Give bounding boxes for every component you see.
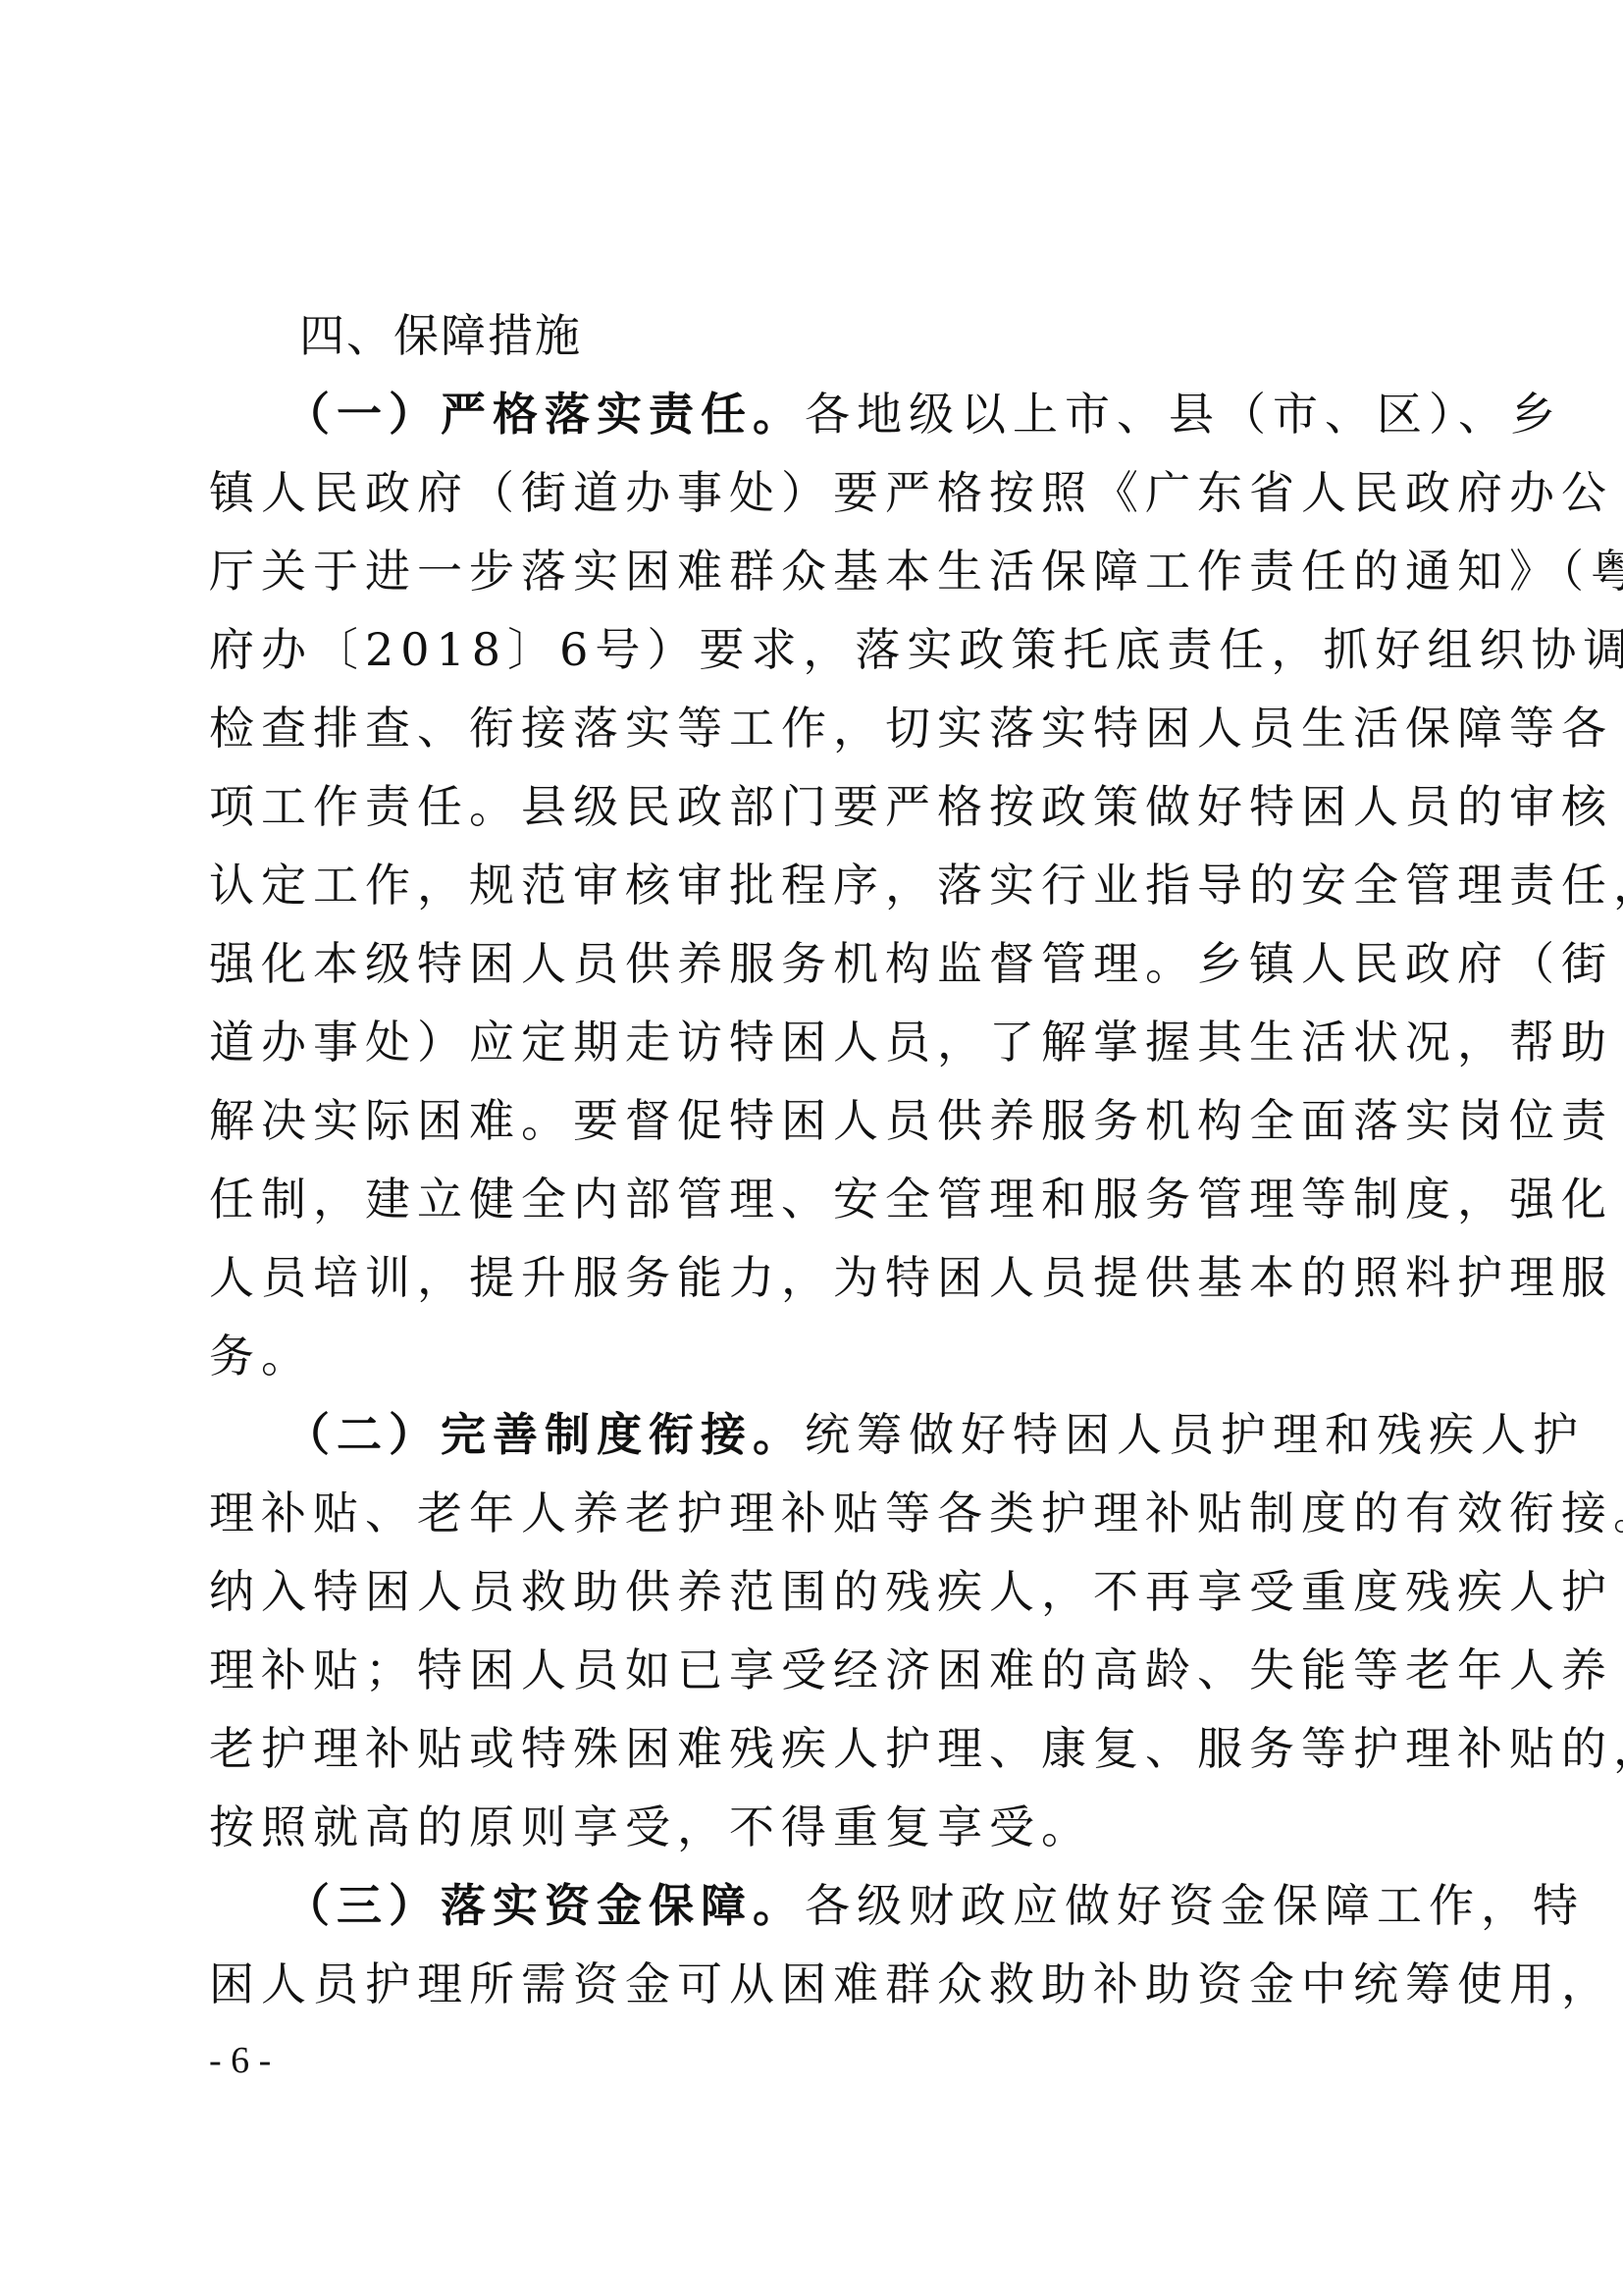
paragraph-1-line-9: 道办事处）应定期走访特困人员，了解掌握其生活状况，帮助 [209,1003,1416,1081]
section-heading: 四、保障措施 [209,296,1416,375]
paragraph-1-text: 各地级以上市、县（市、区）、乡 [805,388,1562,441]
paragraph-3-lead: （三）落实资金保障。 [285,1879,805,1932]
paragraph-2-lead: （二）完善制度衔接。 [285,1408,805,1461]
paragraph-1-line-12: 人员培训，提升服务能力，为特困人员提供基本的照料护理服 [209,1238,1416,1317]
paragraph-2-line-2: 理补贴、老年人养老护理补贴等各类护理补贴制度的有效衔接。 [209,1474,1416,1552]
document-body: 四、保障措施 （一）严格落实责任。各地级以上市、县（市、区）、乡 镇人民政府（街… [209,296,1416,2023]
paragraph-3-line-1: （三）落实资金保障。各级财政应做好资金保障工作，特 [209,1866,1416,1945]
paragraph-1-line-1: （一）严格落实责任。各地级以上市、县（市、区）、乡 [209,375,1416,453]
paragraph-1-line-6: 项工作责任。县级民政部门要严格按政策做好特困人员的审核 [209,767,1416,846]
paragraph-1-line-8: 强化本级特困人员供养服务机构监督管理。乡镇人民政府（街 [209,924,1416,1003]
paragraph-1-line-2: 镇人民政府（街道办事处）要严格按照《广东省人民政府办公 [209,453,1416,532]
paragraph-3-line-2: 困人员护理所需资金可从困难群众救助补助资金中统筹使用， [209,1945,1416,2023]
paragraph-2-line-4: 理补贴；特困人员如已享受经济困难的高龄、失能等老年人养 [209,1631,1416,1709]
paragraph-1-line-13: 务。 [209,1317,1416,1395]
paragraph-2-line-6: 按照就高的原则享受，不得重复享受。 [209,1788,1416,1866]
paragraph-1-line-10: 解决实际困难。要督促特困人员供养服务机构全面落实岗位责 [209,1081,1416,1160]
paragraph-2-line-5: 老护理补贴或特殊困难残疾人护理、康复、服务等护理补贴的， [209,1709,1416,1788]
document-page: 四、保障措施 （一）严格落实责任。各地级以上市、县（市、区）、乡 镇人民政府（街… [0,0,1623,2296]
page-number: - 6 - [209,2039,271,2082]
paragraph-2-text: 统筹做好特困人员护理和残疾人护 [805,1408,1585,1461]
paragraph-1-line-11: 任制，建立健全内部管理、安全管理和服务管理等制度，强化 [209,1160,1416,1238]
paragraph-1-lead: （一）严格落实责任。 [285,388,805,441]
paragraph-1-line-3: 厅关于进一步落实困难群众基本生活保障工作责任的通知》（粤 [209,532,1416,610]
paragraph-1-line-5: 检查排查、衔接落实等工作，切实落实特困人员生活保障等各 [209,689,1416,767]
paragraph-1-line-7: 认定工作，规范审核审批程序，落实行业指导的安全管理责任， [209,846,1416,924]
paragraph-1-line-4: 府办〔2018〕6号）要求，落实政策托底责任，抓好组织协调、 [209,610,1416,689]
paragraph-3-text: 各级财政应做好资金保障工作，特 [805,1879,1585,1932]
paragraph-2-line-3: 纳入特困人员救助供养范围的残疾人，不再享受重度残疾人护 [209,1552,1416,1631]
paragraph-2-line-1: （二）完善制度衔接。统筹做好特困人员护理和残疾人护 [209,1395,1416,1474]
